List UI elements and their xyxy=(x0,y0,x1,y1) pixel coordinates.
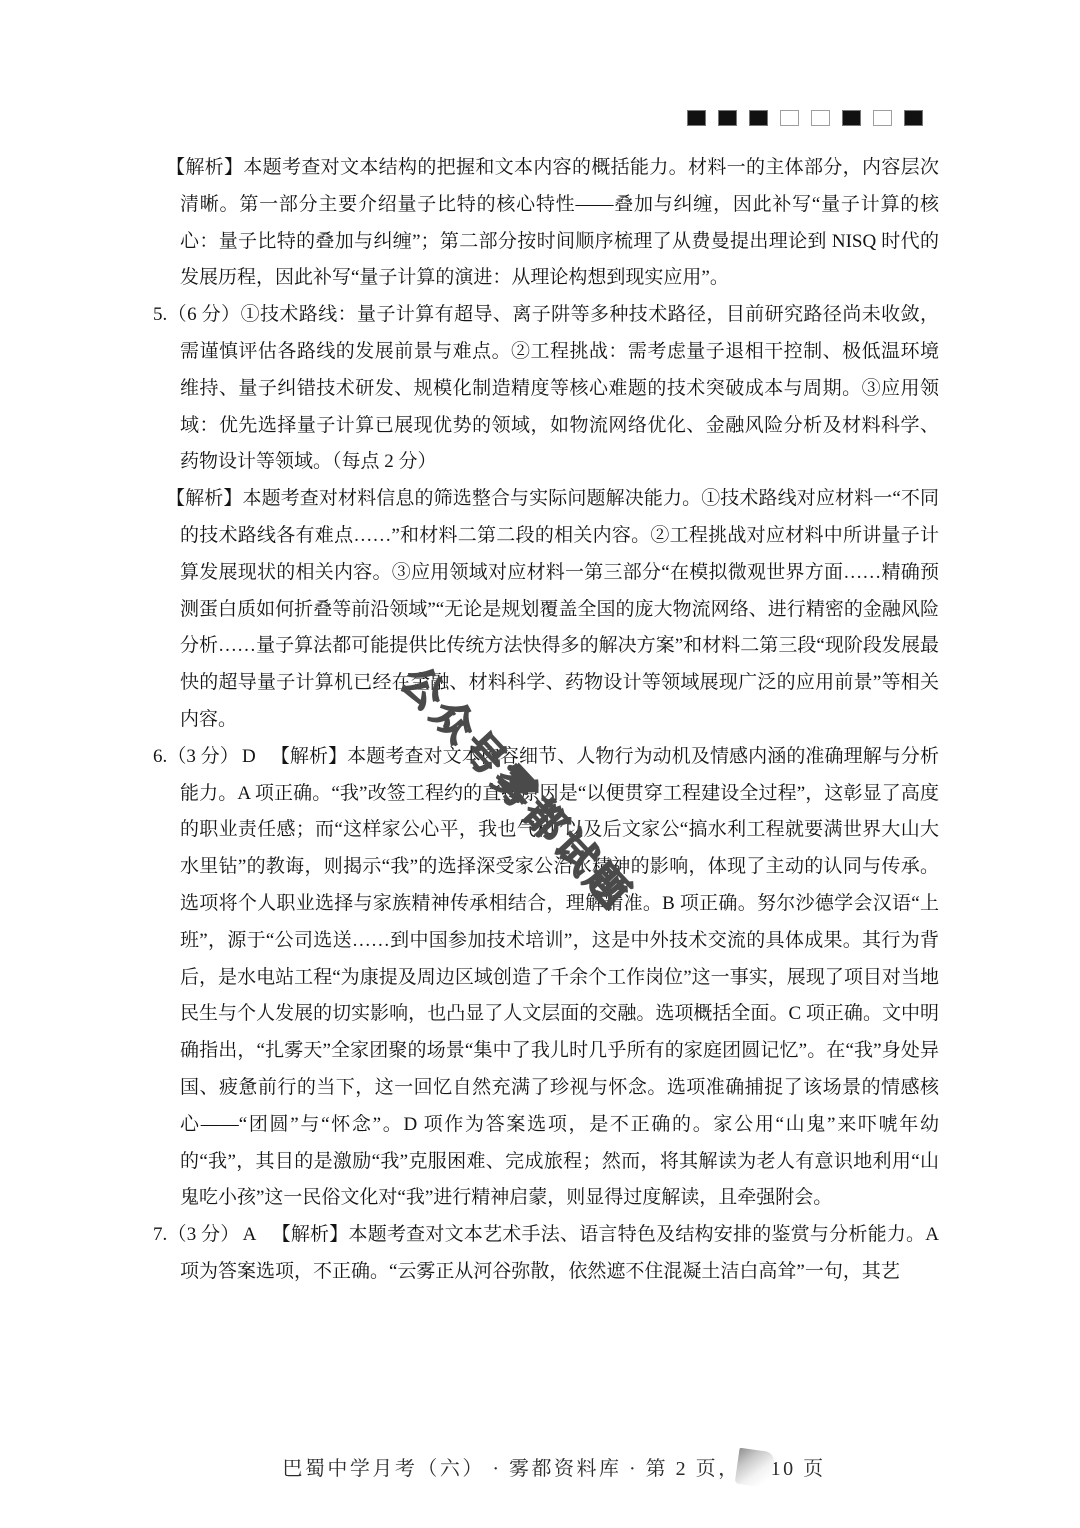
q5-number: 5. xyxy=(153,304,167,325)
q5-answer-text: ①技术路线：量子计算有超导、离子阱等多种技术路径，目前研究路径尚未收敛，需谨慎评… xyxy=(180,304,939,472)
registration-mark-filled xyxy=(904,110,923,126)
q7-number: 7. xyxy=(153,1224,167,1245)
registration-mark-filled xyxy=(718,110,737,126)
registration-mark-filled xyxy=(749,110,768,126)
q7-score: （3 分） xyxy=(167,1224,239,1245)
page-footer: 巴蜀中学月考（六） · 雾都资料库 · 第 2 页，共 10 页 xyxy=(14,1452,1080,1481)
q7-analysis-text: 【解析】本题考查对文本艺术手法、语言特色及结构安排的鉴赏与分析能力。A 项为答案… xyxy=(180,1224,939,1282)
answer-content: 【解析】本题考查对文本结构的把握和文本内容的概括能力。材料一的主体部分，内容层次… xyxy=(153,150,939,1291)
page-curl-artifact xyxy=(735,1448,776,1489)
registration-marks xyxy=(687,110,923,126)
registration-mark-filled xyxy=(842,110,861,126)
registration-mark-empty xyxy=(780,110,799,126)
registration-mark-empty xyxy=(873,110,892,126)
q6-answer-letter: D xyxy=(242,746,256,767)
registration-mark-filled xyxy=(687,110,706,126)
q6-number: 6. xyxy=(153,746,167,767)
q5-analysis-paragraph: 【解析】本题考查对材料信息的筛选整合与实际问题解决能力。①技术路线对应材料一“不… xyxy=(153,481,939,739)
q7-answer-letter: A xyxy=(243,1224,257,1245)
q5-score: （6 分） xyxy=(167,304,240,325)
q7-paragraph: 7.（3 分）A【解析】本题考查对文本艺术手法、语言特色及结构安排的鉴赏与分析能… xyxy=(153,1217,939,1291)
q6-score: （3 分） xyxy=(167,746,239,767)
registration-mark-empty xyxy=(811,110,830,126)
q4-analysis-paragraph: 【解析】本题考查对文本结构的把握和文本内容的概括能力。材料一的主体部分，内容层次… xyxy=(153,150,939,297)
q5-answer-paragraph: 5.（6 分）①技术路线：量子计算有超导、离子阱等多种技术路径，目前研究路径尚未… xyxy=(153,297,939,481)
page: 【解析】本题考查对文本结构的把握和文本内容的概括能力。材料一的主体部分，内容层次… xyxy=(0,0,1080,1528)
